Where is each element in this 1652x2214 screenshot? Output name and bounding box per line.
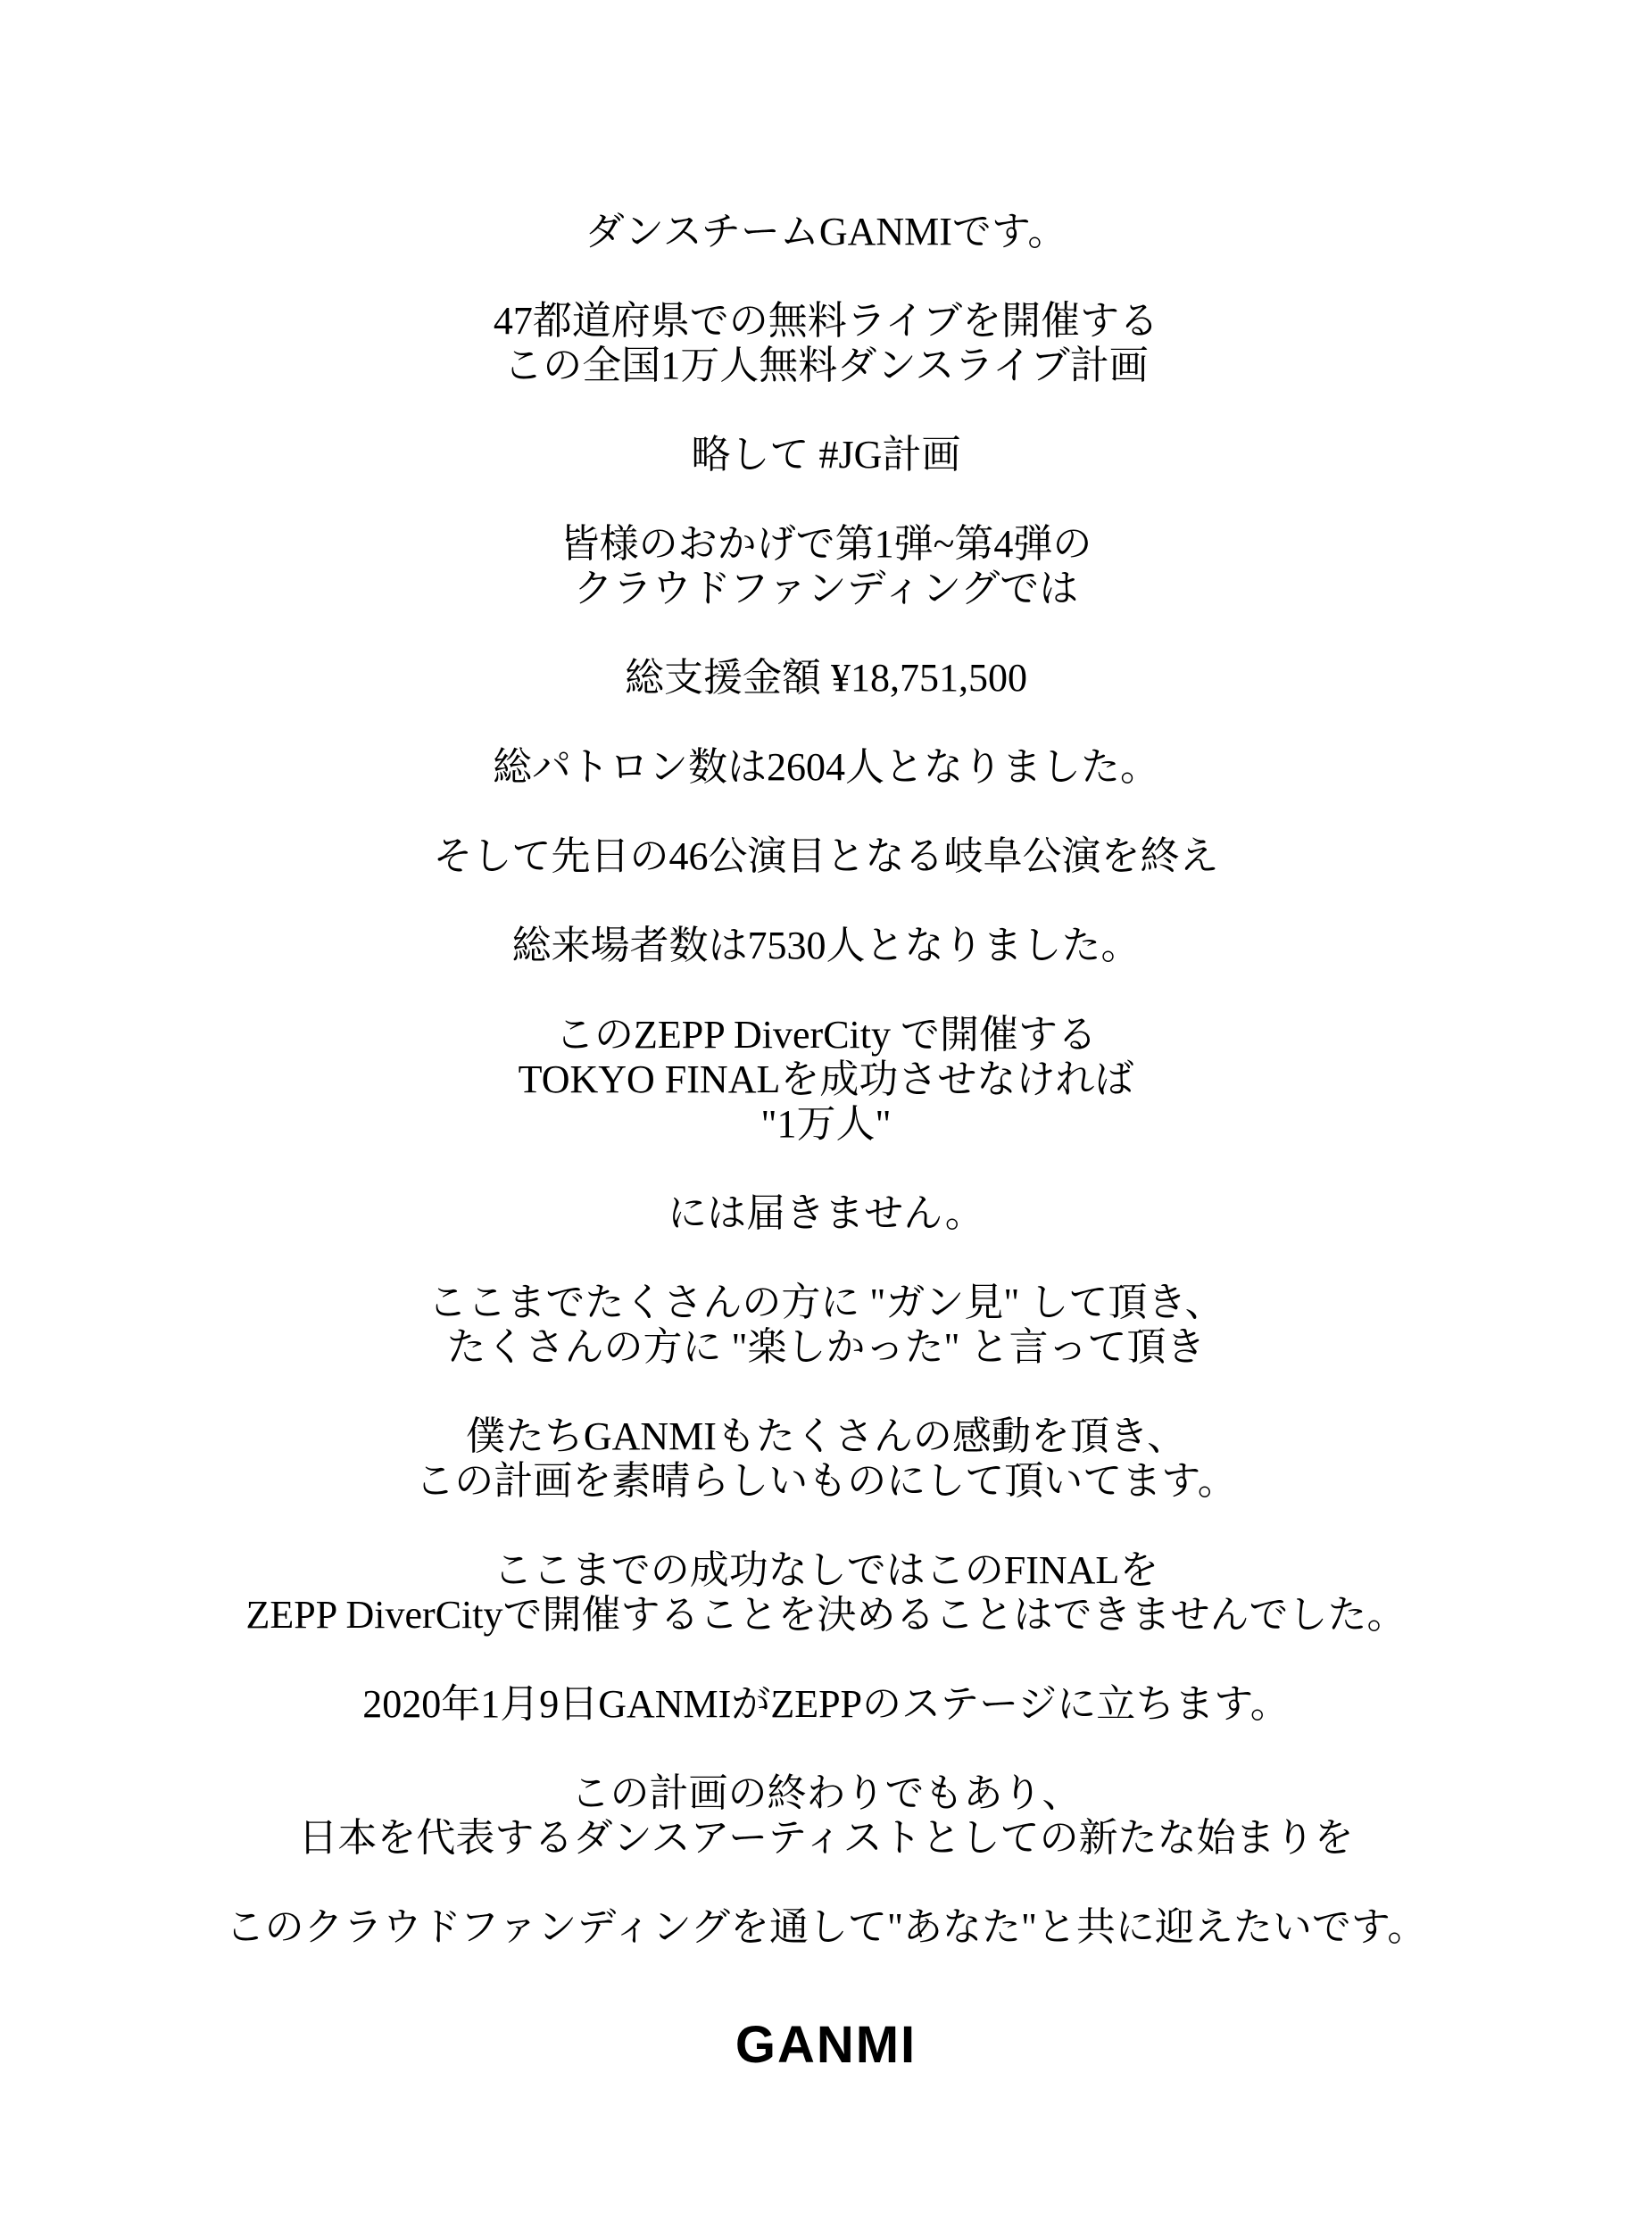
document-body: ダンスチームGANMIです。47都道府県での無料ライブを開催するこの全国1万人無… — [0, 210, 1652, 1950]
paragraph: 47都道府県での無料ライブを開催するこの全国1万人無料ダンスライブ計画 — [0, 299, 1652, 388]
text-line: 日本を代表するダンスアーティストとしての新たな始まりを — [0, 1816, 1652, 1861]
text-line: この計画を素晴らしいものにして頂いてます。 — [0, 1459, 1652, 1504]
text-line: "1万人" — [0, 1102, 1652, 1147]
paragraph: この計画の終わりでもあり、日本を代表するダンスアーティストとしての新たな始まりを — [0, 1771, 1652, 1861]
paragraph: には届きません。 — [0, 1191, 1652, 1236]
text-line: ダンスチームGANMIです。 — [0, 210, 1652, 254]
paragraph: ダンスチームGANMIです。 — [0, 210, 1652, 254]
paragraph: 総パトロン数は2604人となりました。 — [0, 745, 1652, 790]
text-line: この全国1万人無料ダンスライブ計画 — [0, 344, 1652, 388]
text-line: には届きません。 — [0, 1191, 1652, 1236]
paragraph: そして先日の46公演目となる岐阜公演を終え — [0, 834, 1652, 879]
text-line: このZEPP DiverCity で開催する — [0, 1013, 1652, 1057]
ganmi-logo: GANMI — [0, 2005, 1652, 2085]
text-line: ZEPP DiverCityで開催することを決めることはできませんでした。 — [0, 1593, 1652, 1638]
paragraph: 総来場者数は7530人となりました。 — [0, 924, 1652, 968]
text-line: たくさんの方に "楽しかった" と言って頂き — [0, 1325, 1652, 1370]
paragraph: 総支援金額 ¥18,751,500 — [0, 656, 1652, 701]
text-line: このクラウドファンディングを通して"あなた"と共に迎えたいです。 — [0, 1905, 1652, 1950]
text-line: 総来場者数は7530人となりました。 — [0, 924, 1652, 968]
paragraph: ここまでたくさんの方に "ガン見" して頂き、たくさんの方に "楽しかった" と… — [0, 1281, 1652, 1370]
paragraph: 略して #JG計画 — [0, 433, 1652, 477]
paragraph: このクラウドファンディングを通して"あなた"と共に迎えたいです。 — [0, 1905, 1652, 1950]
text-line: クラウドファンディングでは — [0, 567, 1652, 611]
text-line: 2020年1月9日GANMIがZEPPのステージに立ちます。 — [0, 1682, 1652, 1727]
text-line: この計画の終わりでもあり、 — [0, 1771, 1652, 1816]
paragraph: ここまでの成功なしではこのFINALをZEPP DiverCityで開催すること… — [0, 1548, 1652, 1638]
text-line: 47都道府県での無料ライブを開催する — [0, 299, 1652, 344]
text-line: 総支援金額 ¥18,751,500 — [0, 656, 1652, 701]
text-line: そして先日の46公演目となる岐阜公演を終え — [0, 834, 1652, 879]
text-line: ここまでの成功なしではこのFINALを — [0, 1548, 1652, 1593]
text-line: 皆様のおかげで第1弾~第4弾の — [0, 522, 1652, 567]
text-line: 総パトロン数は2604人となりました。 — [0, 745, 1652, 790]
paragraph: 僕たちGANMIもたくさんの感動を頂き、この計画を素晴らしいものにして頂いてます… — [0, 1414, 1652, 1504]
paragraph: このZEPP DiverCity で開催するTOKYO FINALを成功させなけ… — [0, 1013, 1652, 1147]
paragraph: 2020年1月9日GANMIがZEPPのステージに立ちます。 — [0, 1682, 1652, 1727]
text-line: 略して #JG計画 — [0, 433, 1652, 477]
text-line: ここまでたくさんの方に "ガン見" して頂き、 — [0, 1281, 1652, 1325]
text-line: TOKYO FINALを成功させなければ — [0, 1057, 1652, 1102]
document-page: ダンスチームGANMIです。47都道府県での無料ライブを開催するこの全国1万人無… — [0, 0, 1652, 2214]
text-line: 僕たちGANMIもたくさんの感動を頂き、 — [0, 1414, 1652, 1459]
paragraph: 皆様のおかげで第1弾~第4弾のクラウドファンディングでは — [0, 522, 1652, 611]
